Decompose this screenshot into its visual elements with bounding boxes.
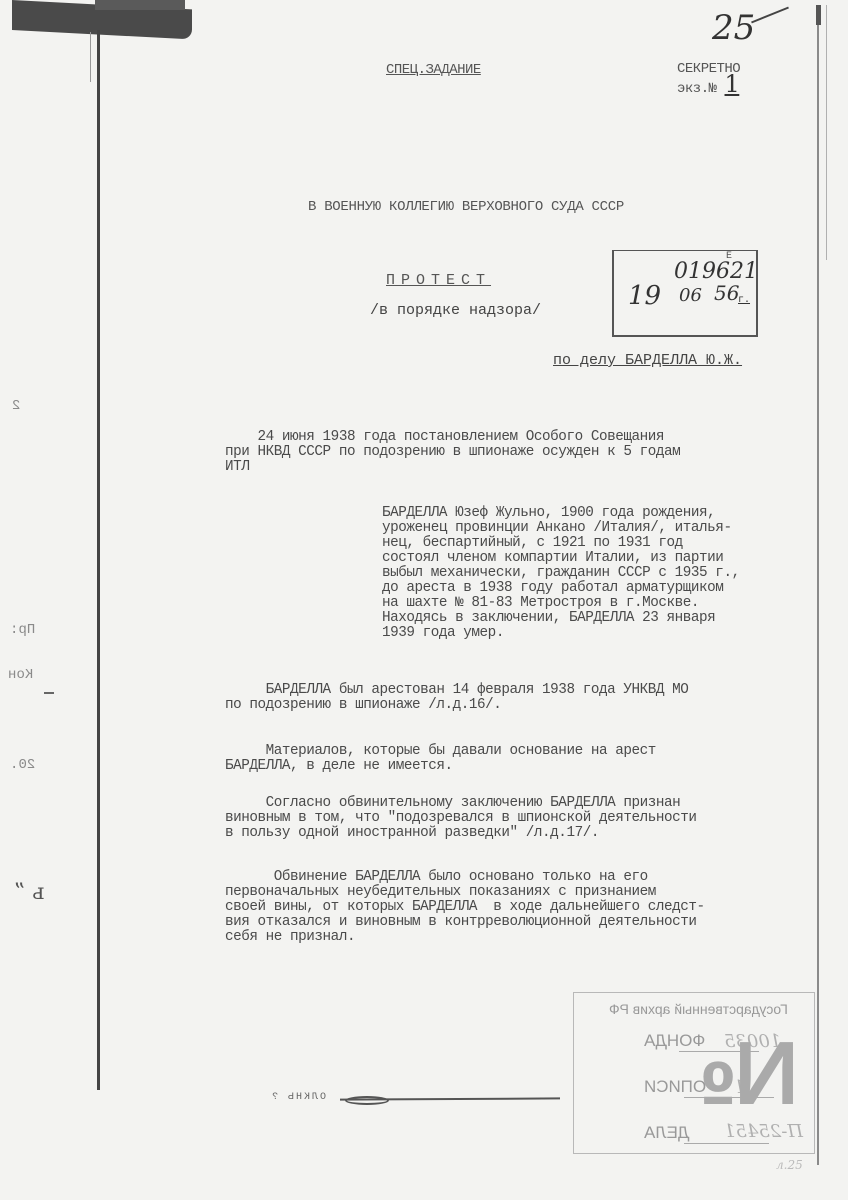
page-edge-line [817,5,819,1165]
bottom-mark: л.25 [776,1158,803,1172]
stamp-year-suffix: г. [738,295,750,306]
copy-label: экз.№ [677,81,717,97]
classification-label: СПЕЦ.ЗАДАНИЕ [386,62,481,78]
bleed-through-mark [44,692,54,694]
opis-label: ОПИСИ [644,1077,706,1097]
signature-caption: ОЛКНЬ ? [270,1092,326,1103]
paragraph-indictment: Согласно обвинительному заключению БАРДЕ… [225,796,697,841]
bleed-through-text: Пр: [10,622,35,638]
stamp-day: 19 [628,281,661,311]
signature-line [340,1097,560,1100]
fond-label: ФОНДА [644,1031,705,1051]
binding-edge-line [90,32,91,82]
bleed-through-text: 20. [10,757,35,773]
page-number-stroke [751,7,789,24]
document-subtitle: /в порядке надзора/ [370,302,541,319]
registration-stamp: Е 019621 19 06 56 г. [612,250,758,337]
paragraph-sentence: 24 июня 1938 года постановлением Особого… [225,430,680,475]
stamp-month: 06 [679,285,702,306]
archive-stamp-mirrored: Государственный архив РФ 10035 ФОНДА 1 О… [574,993,814,1153]
delo-underline [684,1143,769,1144]
addressee: В ВОЕННУЮ КОЛЛЕГИЮ ВЕРХОВНОГО СУДА СССР [308,199,624,215]
paragraph-biography: БАРДЕЛЛА Юзеф Жульно, 1900 года рождения… [382,506,740,641]
delo-label: ДЕЛА [644,1123,689,1143]
scan-shadow [95,0,185,10]
bleed-through-text: 2 [12,398,20,414]
bleed-through-text: Кон [8,667,33,683]
copy-number-line: экз.№1 [677,77,740,97]
secrecy-block: СЕКРЕТНО экз.№1 [677,62,740,97]
stamp-year: 56 [714,281,739,305]
page-edge-line [816,5,821,25]
bleed-through-signature: ь ” [14,880,44,905]
handwritten-page-number: 25 [712,8,755,48]
case-reference: по делу БАРДЕЛЛА Ю.Ж. [553,352,742,369]
paragraph-arrest: БАРДЕЛЛА был арестован 14 февраля 1938 г… [225,683,688,713]
copy-number: 1 [725,70,740,98]
archive-name: Государственный архив РФ [609,1001,788,1017]
binding-edge-line [97,30,100,1090]
paragraph-no-materials: Материалов, которые бы давали основание … [225,744,656,774]
number-sign-icon: № [699,1023,799,1126]
paragraph-retraction: Обвинение БАРДЕЛЛА было основано только … [225,870,705,945]
document-title: ПРОТЕСТ [386,272,491,289]
archive-stamp: Государственный архив РФ 10035 ФОНДА 1 О… [573,992,815,1154]
page-edge-line [826,5,827,260]
